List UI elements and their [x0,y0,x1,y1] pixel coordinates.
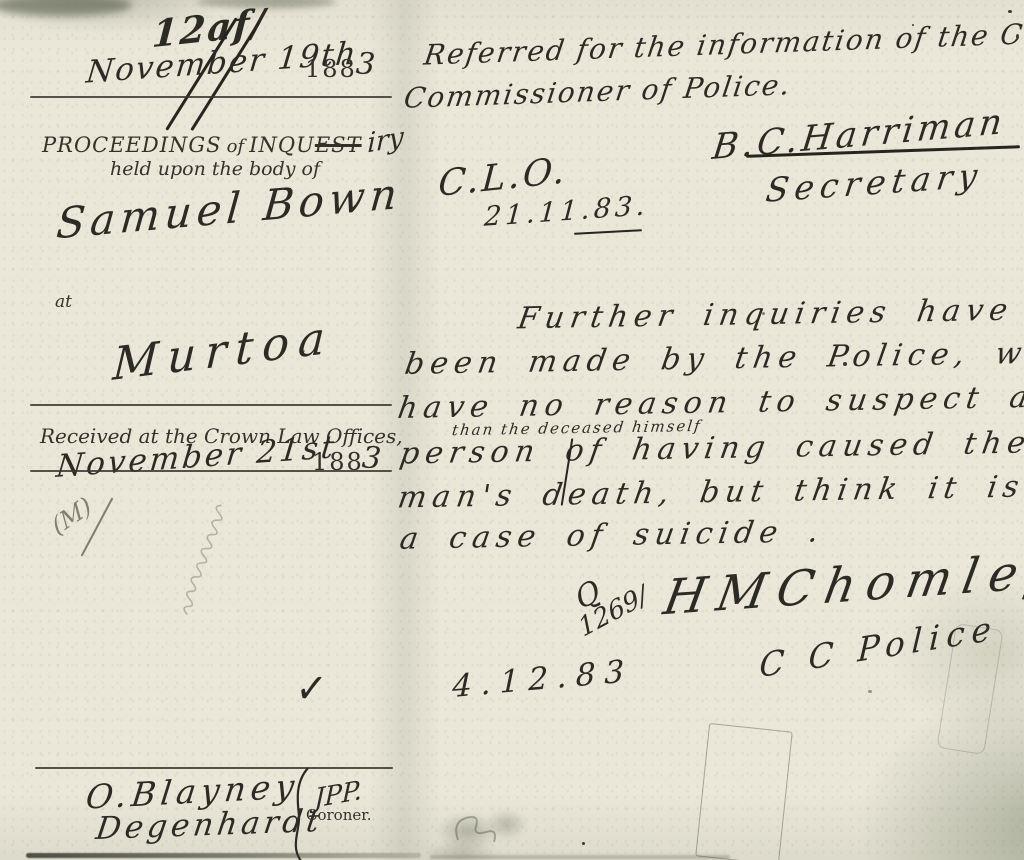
title-amendment-handwritten: iry [367,123,404,157]
form-title-inquest-prefix: INQU [249,133,315,157]
at-label: at [55,292,72,312]
ink-speck [582,842,585,845]
form-title-inquest-struck: EST [315,133,362,157]
ink-speck [868,690,872,693]
police-date: 4.12.83 [452,656,633,703]
year-digit-handwritten: 3 [355,49,376,80]
minute-line-5: man's death, but think it is [396,472,1024,513]
deceased-name: Samuel Bown [55,173,404,246]
checkmark: ✓ [294,667,329,713]
form-title-proceedings: PROCEEDINGS [42,133,222,157]
printed-year: 188 [305,55,357,83]
bottom-smudge-scribble [440,800,530,850]
minute-line-4: person of having caused the [398,428,1024,469]
minute-line-6: a case of suicide . [398,517,827,554]
ink-speck [1008,10,1012,13]
office-date: 21.11.83. [483,192,649,231]
minute-line-1: Further inquiries have [516,296,1016,335]
horizontal-rule-1 [30,96,392,98]
form-title: PROCEEDINGS of INQUEST iry [42,130,394,157]
faint-diagonal-writing [172,501,248,620]
stamp-bleed-outline [695,723,793,860]
commissioner-signature: HMChomley [660,546,1024,623]
minute-line-3: have no reason to suspect any [396,382,1024,424]
place-name: Murtoa [112,314,335,387]
coroner-label: Coroner. [306,806,372,824]
top-edge-smudge [0,0,132,16]
horizontal-rule-2 [30,404,392,406]
inquest-document-scan: 12af/ November 19th 188 3 PROCEEDINGS of… [0,0,1024,860]
bottom-paper-edge [26,853,421,858]
office-date-underline [574,229,642,235]
file-reference: Q 1269/ [572,556,651,638]
office-initials: C.L.O. [437,153,569,203]
horizontal-rule-4 [35,767,393,769]
referral-note-line1: Referred for the information of the Chie… [422,18,1024,69]
form-title-of: of [227,136,245,157]
horizontal-rule-3 [30,470,392,472]
minute-line-2: been made by the Police, who [403,338,1024,380]
referral-note-line2: Commissioner of Police. [402,71,793,113]
margin-initials: (M) [48,493,95,539]
secretary-title: Secretary [764,158,985,207]
